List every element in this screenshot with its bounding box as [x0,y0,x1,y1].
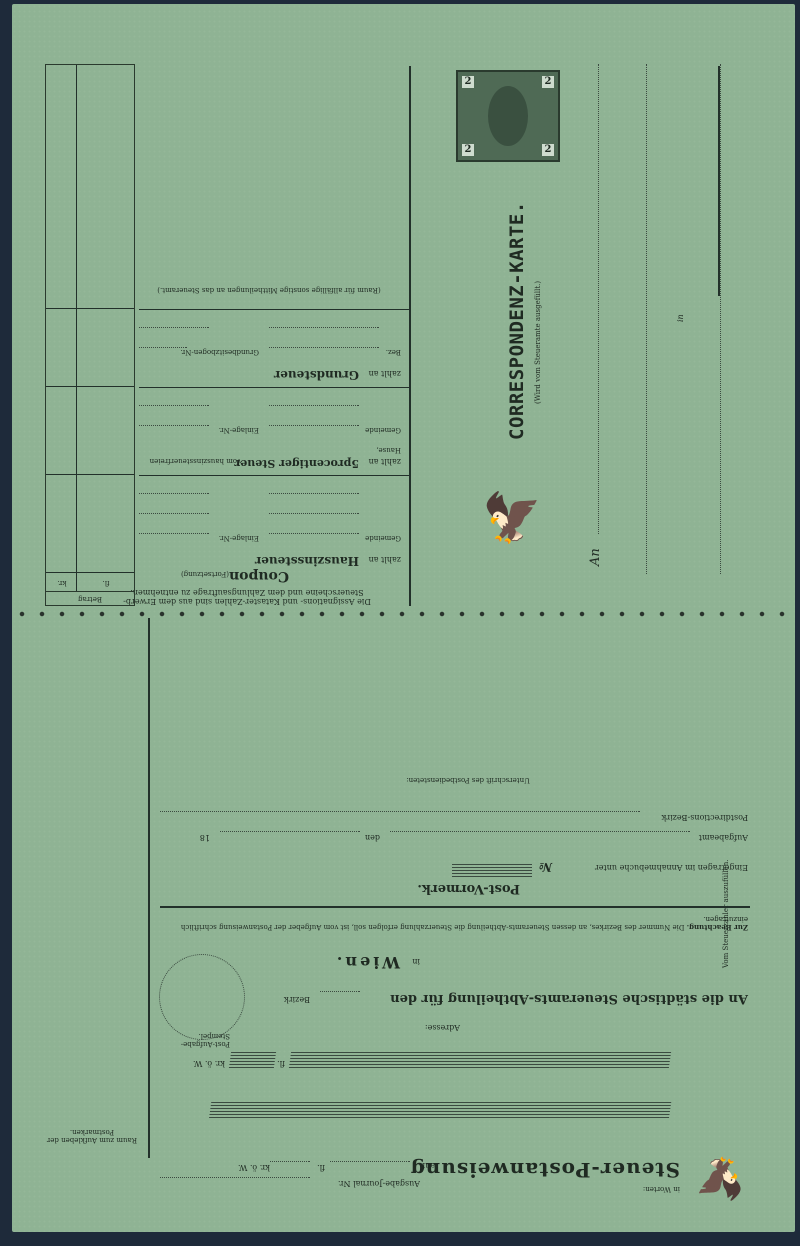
city-label: Wien. [334,953,400,972]
address-line-2[interactable] [646,64,647,574]
amount-table: Betrag fl. kr. [45,64,135,606]
amount-figures-field[interactable] [289,1052,671,1068]
entry-number-field[interactable] [452,864,532,878]
einlage-field-2[interactable] [139,513,209,514]
five-pct-gemeinde-field[interactable] [269,425,359,426]
five-pct-einlage-field[interactable] [139,425,209,426]
section-divider [139,475,409,476]
five-pct-einlage-field-2[interactable] [139,405,209,406]
amount-words-field[interactable] [209,1102,672,1120]
gemeinde-field-2[interactable] [269,513,359,514]
card-title: CORRESPONDENZ-KARTE. [506,201,528,440]
office-field[interactable] [390,831,690,832]
recipient-line: An die städtische Steueramts-Abtheilung … [390,991,748,1006]
amount-fl-field[interactable] [330,1161,410,1162]
post-remark-title: Post-Vormerk. [417,881,520,896]
postal-card: 2 2 2 2 CORRESPONDENZ-KARTE. (Wird vom S… [12,4,795,1232]
stamp-space-note: Raum zum Aufkleben der Postmarken. [42,1128,142,1144]
address-bar [718,66,720,296]
post-stamp-circle [159,954,245,1040]
money-order-section: 🦅 Steuer-Postanweisung auf in Worten: fl… [150,618,750,1218]
coupon-section: Die Assignations- und Kataster-Zahlen si… [42,66,409,606]
district-field[interactable] [320,991,360,992]
notice: Zur Beachtung. Die Nummer des Bezirkes, … [158,915,748,932]
address-line-1[interactable] [598,64,599,534]
side-note: Vom Steuerzahler auszufüllen. [722,860,730,968]
section-divider [139,387,409,388]
bogen-field[interactable] [139,347,187,348]
gemeinde-field[interactable] [269,533,359,534]
imperial-eagle-icon: 🦅 [472,494,552,542]
address-line-3[interactable] [720,64,721,574]
perforation-line[interactable] [12,611,795,617]
amount-kr-field[interactable] [270,1161,310,1162]
einlage-field[interactable] [139,533,209,534]
postage-stamp: 2 2 2 2 [456,70,560,162]
bez-field-2[interactable] [269,327,379,328]
journal-field[interactable] [160,1177,310,1178]
five-pct-gemeinde-field-2[interactable] [269,405,359,406]
imperial-eagle-small-icon: 🦅 [690,1158,750,1198]
remarks-note: (Raum für allfällige sonstige Mittheilun… [149,286,389,294]
emperor-portrait-icon [488,86,528,146]
money-order-title: Steuer-Postanweisung [410,1158,680,1182]
divider-upper [409,66,411,606]
einlage-field-3[interactable] [139,493,209,494]
coupon-title: Coupon [229,568,289,584]
bogen-field-2[interactable] [139,327,209,328]
card-subtitle: (Wird vom Steueramte ausgefüllt.) [534,281,542,404]
section-divider [139,309,409,310]
gemeinde-field-3[interactable] [269,493,359,494]
district-field-post[interactable] [160,811,640,812]
address-prefix: An [588,548,603,566]
date-field[interactable] [220,831,360,832]
divider-notice [160,906,750,908]
bez-field[interactable] [269,347,379,348]
amount-kr-figures-field[interactable] [229,1052,276,1068]
coupon-title-area [319,66,409,606]
